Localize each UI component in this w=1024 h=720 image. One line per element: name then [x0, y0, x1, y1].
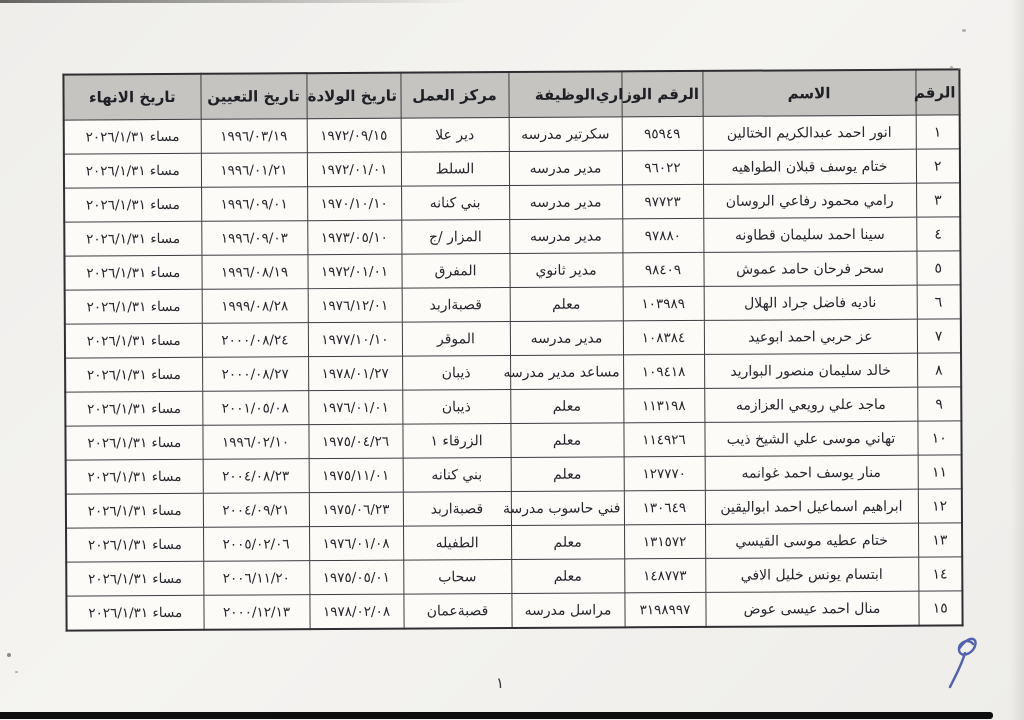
cell-end_date: مساء ٢٠٢٦/١/٣١: [65, 357, 202, 392]
table-row: ١انور احمد عبدالكريم الختالين٩٥٩٤٩سكرتير…: [64, 115, 960, 154]
scan-speck: [962, 29, 966, 32]
cell-center: ذيبان: [402, 356, 510, 391]
cell-appointment_date: ٢٠٠٠/٠٨/٢٤: [202, 323, 308, 358]
table-row: ٩ماجد علي رويعي العزازمه١١٣١٩٨معلمذيبان١…: [65, 387, 961, 426]
scan-speck: [958, 68, 960, 70]
cell-appointment_date: ٢٠٠٠/٠٨/٢٧: [202, 357, 308, 392]
cell-appointment_date: ١٩٩٦/٠١/٢١: [201, 153, 307, 188]
scan-speck: [950, 66, 953, 69]
cell-center: الموقر: [402, 322, 510, 357]
cell-center: المفرق: [401, 254, 509, 289]
cell-no: ٨: [917, 353, 961, 387]
cell-birth_date: ١٩٧٠/١٠/١٠: [307, 186, 401, 221]
cell-birth_date: ١٩٧٥/١١/٠١: [309, 458, 403, 493]
cell-no: ١٤: [918, 557, 962, 591]
cell-end_date: مساء ٢٠٢٦/١/٣١: [64, 153, 201, 188]
cell-end_date: مساء ٢٠٢٦/١/٣١: [66, 493, 203, 528]
cell-job: مدير مدرسه: [509, 151, 622, 186]
cell-name: ابراهيم اسماعيل احمد ابواليقين: [705, 489, 918, 524]
cell-job: مراسل مدرسه: [511, 593, 624, 628]
cell-end_date: مساء ٢٠٢٦/١/٣١: [66, 459, 203, 494]
cell-job: فني حاسوب مدرسة: [511, 491, 624, 526]
cell-job: مساعد مدير مدرسه: [510, 355, 623, 390]
cell-appointment_date: ١٩٩٦/٠٣/١٩: [201, 119, 307, 154]
cell-ministry_no: ١١٤٩٢٦: [623, 422, 704, 456]
cell-ministry_no: ١٠٩٤١٨: [623, 354, 704, 388]
cell-end_date: مساء ٢٠٢٦/١/٣١: [64, 187, 201, 222]
cell-center: المزار /ج: [401, 220, 509, 255]
cell-job: مدير ثانوي: [509, 253, 622, 288]
cell-no: ١٥: [918, 591, 962, 626]
cell-ministry_no: ١٠٣٩٨٩: [623, 286, 704, 320]
cell-appointment_date: ٢٠٠٤/٠٨/٢٣: [203, 459, 309, 494]
cell-job: معلم: [511, 559, 624, 594]
table-row: ١٤ابتسام يونس خليل الافي١٤٨٧٧٣معلمسحاب١٩…: [66, 557, 962, 596]
employee-table-sheet: الرقمالاسمالرقم الوزاريالوظيفةمركز العمل…: [64, 68, 963, 631]
cell-name: منال احمد عيسى عوض: [705, 591, 918, 627]
cell-ministry_no: ١٠٨٣٨٤: [623, 320, 704, 354]
cell-job: معلم: [510, 423, 623, 458]
cell-name: منار يوسف احمد غوانمه: [705, 455, 918, 490]
cell-no: ٧: [917, 319, 961, 353]
cell-ministry_no: ٩٦٠٢٢: [622, 150, 703, 184]
cell-center: قصبةاربد: [402, 288, 510, 323]
cell-birth_date: ١٩٧٨/٠١/٢٧: [308, 356, 402, 391]
cell-end_date: مساء ٢٠٢٦/١/٣١: [66, 527, 203, 562]
cell-job: معلم: [511, 457, 624, 492]
cell-name: ماجد علي رويعي العزازمه: [704, 387, 917, 422]
cell-end_date: مساء ٢٠٢٦/١/٣١: [65, 391, 202, 426]
header-row: الرقمالاسمالرقم الوزاريالوظيفةمركز العمل…: [63, 69, 959, 120]
column-header: الرقم الوزاري: [621, 71, 702, 117]
cell-job: سكرتير مدرسه: [509, 117, 622, 152]
scanned-document-page: الرقمالاسمالرقم الوزاريالوظيفةمركز العمل…: [0, 0, 1024, 720]
cell-name: ابتسام يونس خليل الافي: [705, 557, 918, 592]
cell-name: رامي محمود رفاعي الروسان: [703, 183, 916, 218]
table-row: ٢ختام يوسف قبلان الطواهيه٩٦٠٢٢مدير مدرسه…: [64, 149, 960, 188]
cell-end_date: مساء ٢٠٢٦/١/٣١: [66, 595, 203, 630]
cell-no: ٦: [917, 285, 961, 319]
cell-end_date: مساء ٢٠٢٦/١/٣١: [66, 561, 203, 596]
cell-appointment_date: ٢٠٠٦/١١/٢٠: [203, 561, 309, 596]
cell-birth_date: ١٩٧٨/٠٢/٠٨: [309, 594, 403, 629]
cell-birth_date: ١٩٧٦/٠١/٠١: [308, 390, 402, 425]
column-header: الاسم: [702, 70, 915, 117]
cell-no: ١٣: [918, 523, 962, 557]
column-header: تاريخ الولادة: [306, 73, 400, 119]
table-row: ١١منار يوسف احمد غوانمه١٢٧٧٧٠معلمبني كنا…: [66, 455, 962, 494]
scan-bottom-edge-artifact: [0, 712, 993, 719]
cell-appointment_date: ١٩٩٦/٠٢/١٠: [202, 425, 308, 460]
cell-no: ٥: [916, 251, 960, 285]
cell-birth_date: ١٩٧٥/٠٥/٠١: [309, 560, 403, 595]
cell-job: مدير مدرسه: [509, 185, 622, 220]
cell-center: دير علا: [401, 118, 509, 153]
cell-ministry_no: ٩٨٤٠٩: [622, 252, 703, 286]
cell-appointment_date: ١٩٩٦/٠٩/٠١: [201, 187, 307, 222]
cell-appointment_date: ٢٠٠١/٠٥/٠٨: [202, 391, 308, 426]
cell-ministry_no: ١٣١٥٧٢: [624, 524, 705, 558]
cell-name: تهاني موسى علي الشيخ ذيب: [704, 421, 917, 456]
table-body: ١انور احمد عبدالكريم الختالين٩٥٩٤٩سكرتير…: [64, 115, 963, 631]
cell-end_date: مساء ٢٠٢٦/١/٣١: [64, 221, 201, 256]
cell-center: ذيبان: [402, 390, 510, 425]
table-row: ١٢ابراهيم اسماعيل احمد ابواليقين١٣٠٦٤٩فن…: [66, 489, 962, 528]
table-row: ٨خالد سليمان منصور البواريد١٠٩٤١٨مساعد م…: [65, 353, 961, 392]
cell-birth_date: ١٩٧٢/٠١/٠١: [307, 152, 401, 187]
cell-center: الطفيله: [403, 526, 511, 561]
cell-end_date: مساء ٢٠٢٦/١/٣١: [65, 425, 202, 460]
cell-center: بني كنانه: [401, 186, 509, 221]
cell-appointment_date: ١٩٩٩/٠٨/٢٨: [202, 289, 308, 324]
cell-birth_date: ١٩٧٥/٠٦/٢٣: [309, 492, 403, 527]
table-row: ١٠تهاني موسى علي الشيخ ذيب١١٤٩٢٦معلمالزر…: [65, 421, 961, 460]
table-row: ١٣ختام عطيه موسى القيسي١٣١٥٧٢معلمالطفيله…: [66, 523, 962, 562]
cell-center: بني كنانه: [403, 458, 511, 493]
cell-no: ١٢: [918, 489, 962, 523]
cell-job: مدير مدرسه: [510, 321, 623, 356]
cell-job: معلم: [510, 287, 623, 322]
cell-center: سحاب: [403, 560, 511, 595]
cell-appointment_date: ١٩٩٦/٠٨/١٩: [201, 255, 307, 290]
cell-appointment_date: ٢٠٠٥/٠٢/٠٦: [203, 527, 309, 562]
cell-end_date: مساء ٢٠٢٦/١/٣١: [65, 323, 202, 358]
scan-speck: [15, 671, 18, 673]
cell-birth_date: ١٩٧٢/٠٩/١٥: [307, 118, 401, 153]
column-header: الرقم: [915, 69, 959, 115]
cell-ministry_no: ٩٥٩٤٩: [622, 116, 703, 150]
cell-birth_date: ١٩٧٢/٠١/٠١: [307, 254, 401, 289]
employee-roster-table: الرقمالاسمالرقم الوزاريالوظيفةمركز العمل…: [62, 68, 963, 631]
cell-name: ختام عطيه موسى القيسي: [705, 523, 918, 558]
cell-birth_date: ١٩٧٣/٠٥/١٠: [307, 220, 401, 255]
table-row: ١٥منال احمد عيسى عوض٣١٩٨٩٩٧مراسل مدرسهقص…: [66, 591, 962, 631]
cell-no: ٤: [916, 217, 960, 251]
cell-center: قصبةاربد: [403, 492, 511, 527]
table-row: ٣رامي محمود رفاعي الروسان٩٧٧٢٣مدير مدرسه…: [64, 183, 960, 222]
cell-name: ناديه فاضل جراد الهلال: [704, 285, 917, 320]
cell-job: مدير مدرسه: [509, 219, 622, 254]
cell-ministry_no: ١٤٨٧٧٣: [624, 558, 705, 592]
scan-right-edge-shading: [1010, 0, 1024, 720]
cell-birth_date: ١٩٧٦/١٢/٠١: [308, 288, 402, 323]
cell-name: انور احمد عبدالكريم الختالين: [703, 115, 916, 150]
page-number: ١: [0, 674, 1000, 692]
cell-job: معلم: [511, 525, 624, 560]
cell-ministry_no: ٩٧٨٨٠: [622, 218, 703, 252]
scan-speck: [7, 653, 11, 657]
column-header: تاريخ الانهاء: [63, 74, 200, 120]
cell-appointment_date: ٢٠٠٤/٠٩/٢١: [203, 493, 309, 528]
cell-no: ٣: [916, 183, 960, 217]
cell-ministry_no: ١٢٧٧٧٠: [624, 456, 705, 490]
scan-top-edge-artifact: [0, 0, 470, 3]
cell-no: ٢: [916, 149, 960, 183]
cell-name: خالد سليمان منصور البواريد: [704, 353, 917, 388]
cell-job: معلم: [510, 389, 623, 424]
cell-end_date: مساء ٢٠٢٦/١/٣١: [65, 289, 202, 324]
cell-ministry_no: ٩٧٧٢٣: [622, 184, 703, 218]
cell-center: الزرقاء ١: [402, 424, 510, 459]
cell-birth_date: ١٩٧٧/١٠/١٠: [308, 322, 402, 357]
column-header: تاريخ التعيين: [200, 73, 306, 119]
table-row: ٥سحر فرحان حامد عموش٩٨٤٠٩مدير ثانويالمفر…: [64, 251, 960, 290]
cell-ministry_no: ١٣٠٦٤٩: [624, 490, 705, 524]
table-row: ٧عز حربي احمد ابوعيد١٠٨٣٨٤مدير مدرسهالمو…: [65, 319, 961, 358]
cell-ministry_no: ٣١٩٨٩٩٧: [624, 592, 705, 627]
cell-name: سينا احمد سليمان قطاونه: [703, 217, 916, 252]
cell-no: ٩: [917, 387, 961, 421]
cell-name: ختام يوسف قبلان الطواهيه: [703, 149, 916, 184]
cell-no: ١: [916, 115, 960, 149]
table-row: ٦ناديه فاضل جراد الهلال١٠٣٩٨٩معلمقصبةارب…: [65, 285, 961, 324]
cell-name: عز حربي احمد ابوعيد: [704, 319, 917, 354]
cell-end_date: مساء ٢٠٢٦/١/٣١: [64, 119, 201, 154]
cell-no: ١١: [918, 455, 962, 489]
column-header: مركز العمل: [400, 72, 508, 118]
cell-name: سحر فرحان حامد عموش: [703, 251, 916, 286]
cell-appointment_date: ١٩٩٦/٠٩/٠٣: [201, 221, 307, 256]
cell-center: السلط: [401, 152, 509, 187]
cell-appointment_date: ٢٠٠٠/١٢/١٣: [203, 595, 309, 630]
cell-birth_date: ١٩٧٦/٠١/٠٨: [309, 526, 403, 561]
table-row: ٤سينا احمد سليمان قطاونه٩٧٨٨٠مدير مدرسها…: [64, 217, 960, 256]
cell-ministry_no: ١١٣١٩٨: [623, 388, 704, 422]
cell-end_date: مساء ٢٠٢٦/١/٣١: [64, 255, 201, 290]
cell-birth_date: ١٩٧٥/٠٤/٢٦: [308, 424, 402, 459]
cell-center: قصبةعمان: [403, 594, 511, 629]
cell-no: ١٠: [917, 421, 961, 455]
